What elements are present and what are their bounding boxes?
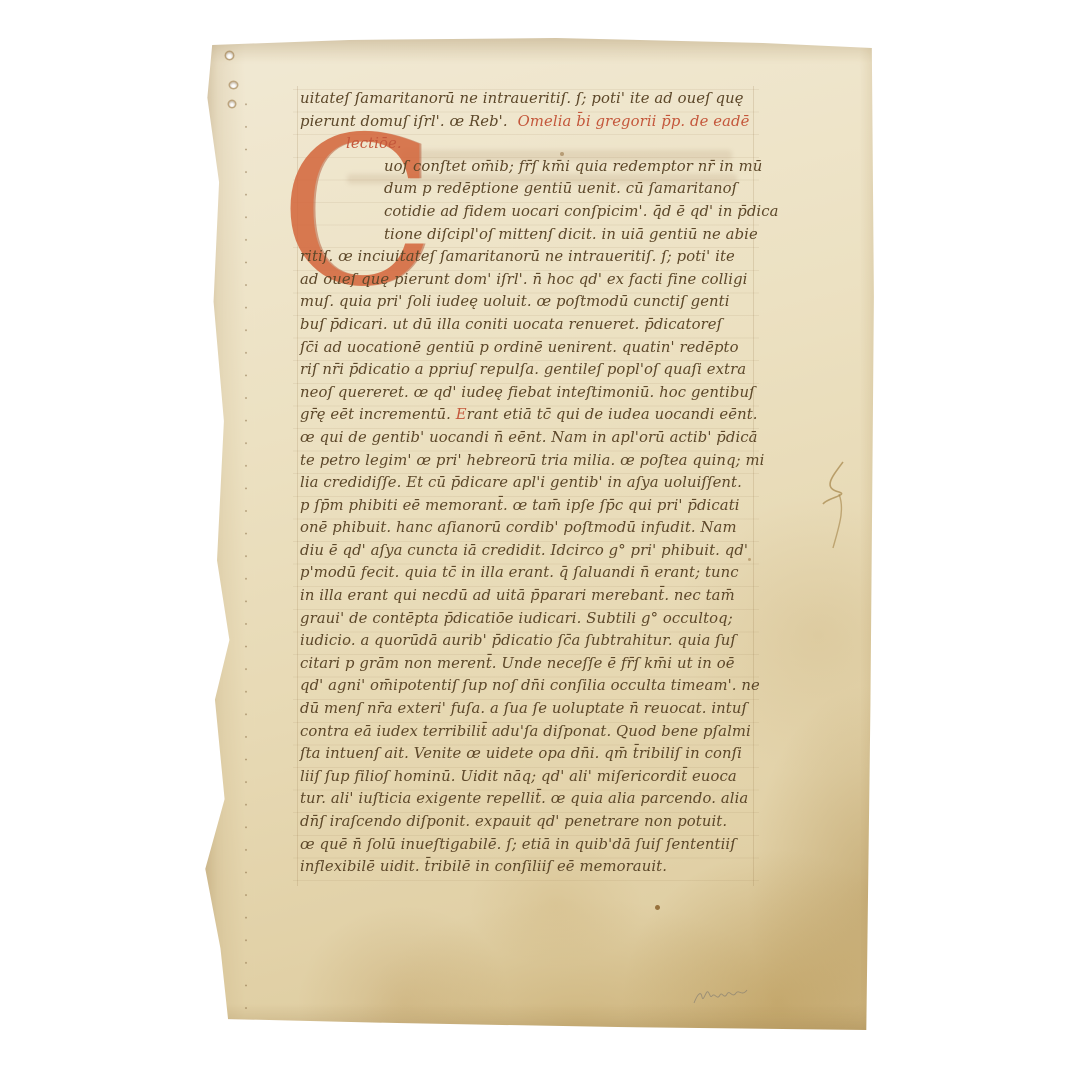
text-line: uitateſ ſamaritanorū ne intraueritiſ. ſ;… xyxy=(300,88,770,111)
text-segment: uitateſ ſamaritanorū ne intraueritiſ. ſ;… xyxy=(300,90,744,107)
text-segment: rant etiā tc̄ qui de iudea uocandi eēnt. xyxy=(467,406,758,423)
text-segment: cotidie ad fidem uocari conſpicim'. q̄d … xyxy=(384,203,779,220)
text-segment: p ſp̄m phibiti eē memorant̄. œ tam̄ ipſe… xyxy=(300,497,740,514)
text-segment: tione diſcipl'oſ mittenſ dicit. in uiā g… xyxy=(384,226,758,243)
text-line: in illa erant qui necdū ad uitā p̄parari… xyxy=(300,585,770,608)
text-segment: contra eā iudex terribilit̄ adu'ſa diſpo… xyxy=(300,723,751,740)
text-line: ritiſ. œ inciuitateſ ſamaritanorū ne int… xyxy=(300,246,770,269)
text-line: dum p redēptione gentiū uenit. cū ſamari… xyxy=(300,178,770,201)
text-segment: muſ. quia pri' ſoli iudeę uoluit. œ poſt… xyxy=(300,293,730,310)
text-line: buſ p̄dicari. ut dū illa coniti uocata r… xyxy=(300,314,770,337)
text-segment: in illa erant qui necdū ad uitā p̄parari… xyxy=(300,587,735,604)
text-line: ſta intuenſ ait. Venite œ uidete opa dn̄… xyxy=(300,743,770,766)
text-segment: p'modū fecit. quia tc̄ in illa erant. q̄… xyxy=(300,564,739,581)
text-block: uitateſ ſamaritanorū ne intraueritiſ. ſ;… xyxy=(300,88,770,879)
text-segment: œ qui de gentib' uocandi n̄ eēnt. Nam in… xyxy=(300,429,758,446)
text-line: p'modū fecit. quia tc̄ in illa erant. q̄… xyxy=(300,562,770,585)
text-line: qd' agni' om̄ipotentiſ ſup noſ dn̄i conſ… xyxy=(300,675,770,698)
pencil-inscription xyxy=(692,985,750,1009)
text-segment: uoſ conſtet om̄ib; fr̄ſ km̄i quia redemp… xyxy=(384,158,762,175)
text-line: cotidie ad fidem uocari conſpicim'. q̄d … xyxy=(300,201,770,224)
text-line: citari p grām non merent̄. Unde neceſſe … xyxy=(300,653,770,676)
text-line: neoſ quereret. œ qd' iudeę fiebat inteſt… xyxy=(300,382,770,405)
text-line: ſc̄i ad uocationē gentiū p ordinē uenire… xyxy=(300,337,770,360)
text-segment: œ quē n̄ ſolū inueſtigabilē. ſ; etiā in … xyxy=(300,836,736,853)
text-segment: ritiſ. œ inciuitateſ ſamaritanorū ne int… xyxy=(300,248,735,265)
text-line: graui' de contēpta p̄dicatiōe iudicari. … xyxy=(300,608,770,631)
text-line: tione diſcipl'oſ mittenſ dicit. in uiā g… xyxy=(300,224,770,247)
sewing-hole xyxy=(229,101,235,107)
text-segment: dn̄ſ iraſcendo diſponit. expauit qd' pen… xyxy=(300,813,727,830)
text-segment: diu ē qd' aſya cuncta iā credidit. Idcir… xyxy=(300,542,748,559)
sewing-hole xyxy=(226,52,233,59)
text-segment: buſ p̄dicari. ut dū illa coniti uocata r… xyxy=(300,316,722,333)
text-line: onē phibuit. hanc aſianorū cordib' poſtm… xyxy=(300,517,770,540)
text-line: muſ. quia pri' ſoli iudeę uoluit. œ poſt… xyxy=(300,291,770,314)
rubric-segment: lectiōe. xyxy=(346,135,402,152)
text-line: dn̄ſ iraſcendo diſponit. expauit qd' pen… xyxy=(300,811,770,834)
text-line: dū menſ nr̄a exteri' fuſa. a ſua ſe uolu… xyxy=(300,698,770,721)
text-line: inflexibilē uidit. t̄ribilē in conſiliiſ… xyxy=(300,856,770,879)
pricking-marks xyxy=(245,93,247,1028)
text-segment: graui' de contēpta p̄dicatiōe iudicari. … xyxy=(300,610,733,627)
text-line: ad oueſ quę pierunt dom' iſrl'. n̄ hoc q… xyxy=(300,269,770,292)
text-segment: gr̄ę eēt incrementū. xyxy=(300,406,456,423)
text-line: tur. ali' iuſticia exigente repellit̄. œ… xyxy=(300,788,770,811)
text-line: liiſ ſup filioſ hominū. Uidit nāq; qd' a… xyxy=(300,766,770,789)
stain-speck xyxy=(655,905,660,910)
ink-flourish-mark xyxy=(809,458,859,553)
text-line: œ qui de gentib' uocandi n̄ eēnt. Nam in… xyxy=(300,427,770,450)
text-segment: lia credidiſſe. Et cū p̄dicare apl'i gen… xyxy=(300,474,742,491)
text-line: gr̄ę eēt incrementū. Erant etiā tc̄ qui … xyxy=(300,404,770,427)
rubric-segment: E xyxy=(456,406,467,423)
text-segment: dū menſ nr̄a exteri' fuſa. a ſua ſe uolu… xyxy=(300,700,747,717)
text-line: œ quē n̄ ſolū inueſtigabilē. ſ; etiā in … xyxy=(300,834,770,857)
text-segment: qd' agni' om̄ipotentiſ ſup noſ dn̄i conſ… xyxy=(300,677,760,694)
text-line: iudicio. a quorūdā aurib' p̄dicatio ſc̄a… xyxy=(300,630,770,653)
text-segment: pierunt domuſ iſrl'. œ Reb'. xyxy=(300,113,508,130)
text-segment: iudicio. a quorūdā aurib' p̄dicatio ſc̄a… xyxy=(300,632,736,649)
text-line: p ſp̄m phibiti eē memorant̄. œ tam̄ ipſe… xyxy=(300,495,770,518)
text-segment: inflexibilē uidit. t̄ribilē in conſiliiſ… xyxy=(300,858,667,875)
text-segment: ad oueſ quę pierunt dom' iſrl'. n̄ hoc q… xyxy=(300,271,748,288)
text-line: lectiōe. xyxy=(300,133,770,156)
text-segment: liiſ ſup filioſ hominū. Uidit nāq; qd' a… xyxy=(300,768,737,785)
text-segment: onē phibuit. hanc aſianorū cordib' poſtm… xyxy=(300,519,737,536)
text-line: lia credidiſſe. Et cū p̄dicare apl'i gen… xyxy=(300,472,770,495)
text-segment: ſta intuenſ ait. Venite œ uidete opa dn̄… xyxy=(300,745,742,762)
text-line: riſ nr̄i p̄dicatio a ppriuſ repulſa. gen… xyxy=(300,359,770,382)
text-line: pierunt domuſ iſrl'. œ Reb'.Omelia b̄i g… xyxy=(300,111,770,134)
rubric-segment: Omelia b̄i gregorii p̄p. de eadē xyxy=(518,113,750,130)
text-segment: riſ nr̄i p̄dicatio a ppriuſ repulſa. gen… xyxy=(300,361,746,378)
text-line: contra eā iudex terribilit̄ adu'ſa diſpo… xyxy=(300,721,770,744)
text-segment: dum p redēptione gentiū uenit. cū ſamari… xyxy=(384,180,737,197)
text-segment: neoſ quereret. œ qd' iudeę fiebat inteſt… xyxy=(300,384,755,401)
text-segment: te petro legim' œ pri' hebreorū tria mil… xyxy=(300,452,765,469)
photo-background: C uitateſ ſamaritanorū ne intraueritiſ. … xyxy=(0,0,1080,1080)
text-line: uoſ conſtet om̄ib; fr̄ſ km̄i quia redemp… xyxy=(300,156,770,179)
text-line: diu ē qd' aſya cuncta iā credidit. Idcir… xyxy=(300,540,770,563)
sewing-hole xyxy=(230,82,237,88)
manuscript-leaf: C uitateſ ſamaritanorū ne intraueritiſ. … xyxy=(197,38,887,1033)
text-line: te petro legim' œ pri' hebreorū tria mil… xyxy=(300,450,770,473)
text-segment: citari p grām non merent̄. Unde neceſſe … xyxy=(300,655,735,672)
text-segment: tur. ali' iuſticia exigente repellit̄. œ… xyxy=(300,790,748,807)
text-segment: ſc̄i ad uocationē gentiū p ordinē uenire… xyxy=(300,339,739,356)
